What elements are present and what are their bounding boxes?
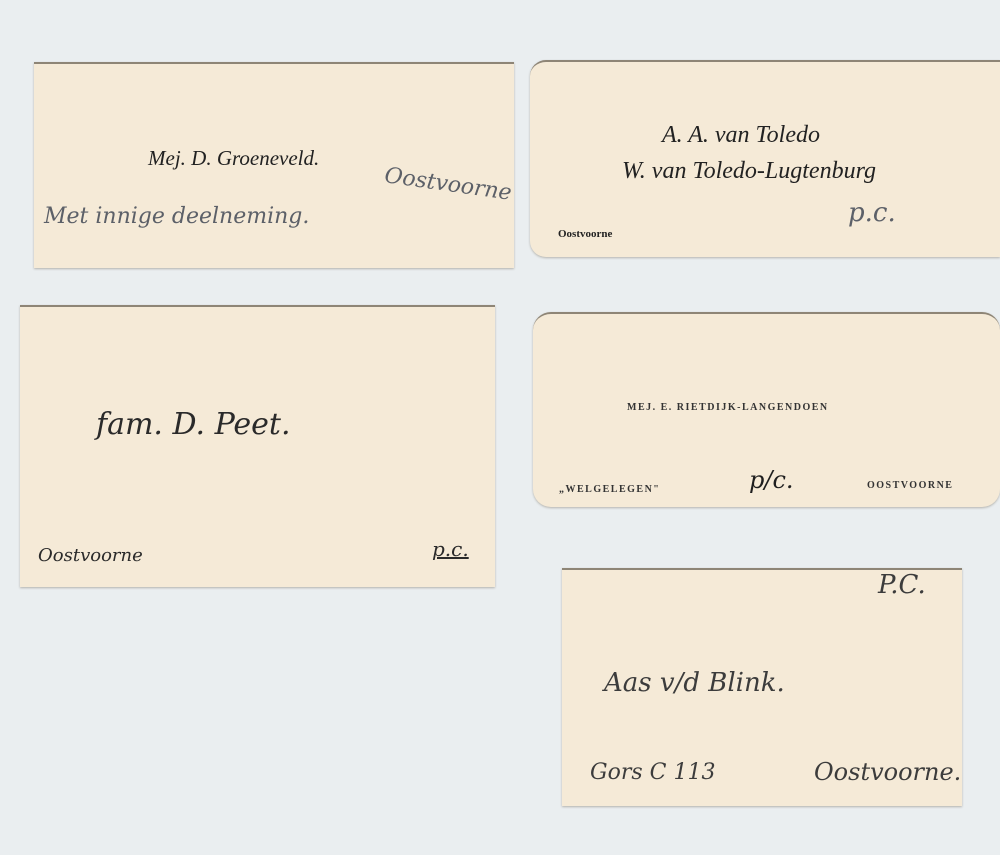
card-groeneveld: Mej. D. Groeneveld. Oostvoorne Met innig… <box>34 62 514 268</box>
card-blink: P.C. Aas v/d Blink. Gors C 113 Oostvoorn… <box>562 568 962 806</box>
handwritten-note: p/c. <box>749 466 794 494</box>
handwritten-place: Oostvoorne <box>383 163 513 206</box>
handwritten-name: Aas v/d Blink. <box>604 668 785 698</box>
card-peet: fam. D. Peet. Oostvoorne p.c. <box>20 305 495 587</box>
printed-name: Mej. D. Groeneveld. <box>148 146 319 171</box>
card-van-toledo: A. A. van Toledo W. van Toledo-Lugtenbur… <box>530 60 1000 257</box>
printed-place: OOSTVOORNE <box>867 480 953 491</box>
handwritten-note: p.c. <box>432 537 469 561</box>
handwritten-note: Met innige deelneming. <box>44 204 309 229</box>
handwritten-address: Gors C 113 <box>590 760 715 785</box>
handwritten-place: Oostvoorne <box>38 545 143 566</box>
printed-line-2: W. van Toledo-Lugtenburg <box>622 158 876 185</box>
printed-house: „WELGELEGEN" <box>559 484 660 495</box>
card-rietdijk: MEJ. E. RIETDIJK-LANGENDOEN „WELGELEGEN"… <box>533 312 1000 507</box>
handwritten-name: fam. D. Peet. <box>96 407 291 442</box>
handwritten-note: P.C. <box>878 570 926 600</box>
printed-line-1: A. A. van Toledo <box>662 122 820 149</box>
printed-place: Oostvoorne <box>558 228 612 240</box>
handwritten-place: Oostvoorne. <box>814 758 961 786</box>
handwritten-note: p.c. <box>848 198 896 228</box>
printed-name: MEJ. E. RIETDIJK-LANGENDOEN <box>627 402 829 413</box>
